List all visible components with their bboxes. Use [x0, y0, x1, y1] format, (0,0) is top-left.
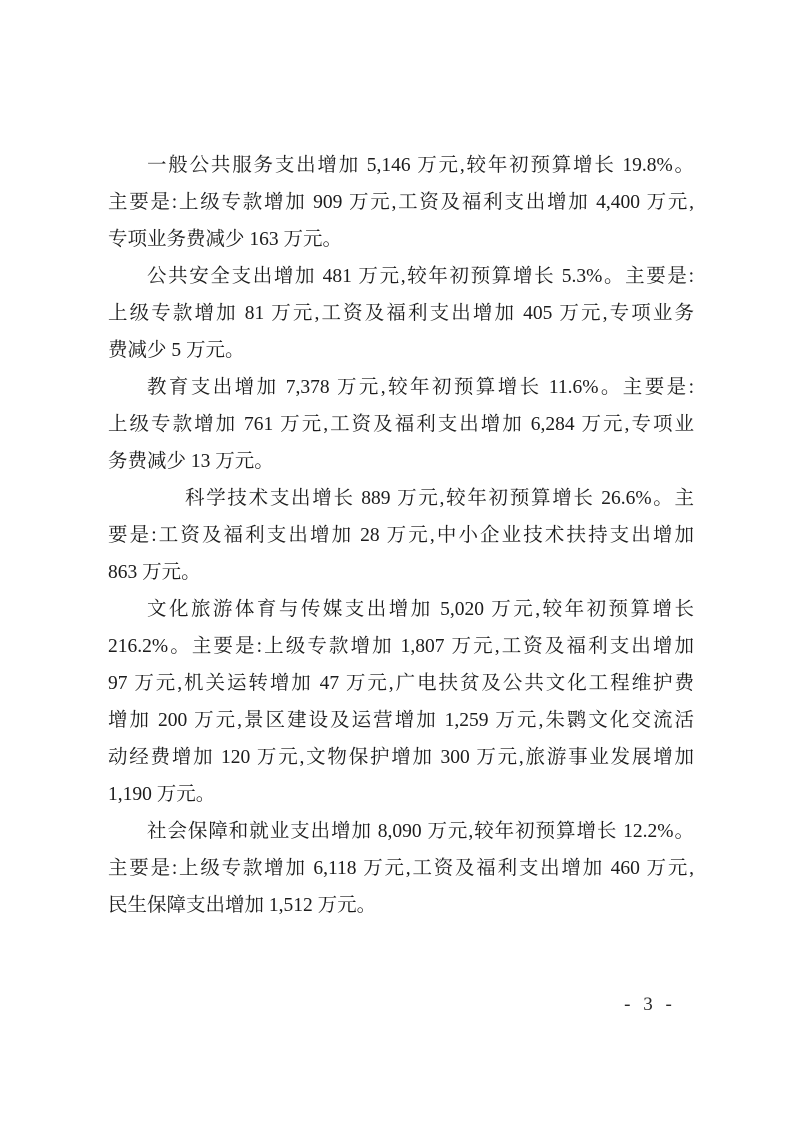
paragraph-culture-tourism-sports-media: 文化旅游体育与传媒支出增加 5,020 万元,较年初预算增长 216.2%。主要… [108, 591, 694, 813]
text-line: 增加 200 万元,景区建设及运营增加 1,259 万元,朱鹮文化交流活 [108, 702, 694, 739]
document-page: 一般公共服务支出增加 5,146 万元,较年初预算增长 19.8%。 主要是:上… [0, 0, 793, 1122]
text-line: 文化旅游体育与传媒支出增加 5,020 万元,较年初预算增长 [108, 591, 694, 628]
document-body: 一般公共服务支出增加 5,146 万元,较年初预算增长 19.8%。 主要是:上… [108, 147, 694, 924]
text-line: 社会保障和就业支出增加 8,090 万元,较年初预算增长 12.2%。 [108, 813, 694, 850]
text-line: 主要是:上级专款增加 6,118 万元,工资及福利支出增加 460 万元, [108, 850, 694, 887]
text-line: 216.2%。主要是:上级专款增加 1,807 万元,工资及福利支出增加 [108, 628, 694, 665]
page-number: - 3 - [600, 992, 700, 1018]
text-line: 主要是:上级专款增加 909 万元,工资及福利支出增加 4,400 万元, [108, 184, 694, 221]
text-line: 公共安全支出增加 481 万元,较年初预算增长 5.3%。主要是: [108, 258, 694, 295]
text-line: 97 万元,机关运转增加 47 万元,广电扶贫及公共文化工程维护费 [108, 665, 694, 702]
text-line: 863 万元。 [108, 554, 694, 591]
text-line: 1,190 万元。 [108, 776, 694, 813]
paragraph-science-technology: 科学技术支出增长 889 万元,较年初预算增长 26.6%。主 要是:工资及福利… [108, 480, 694, 591]
paragraph-social-security-employment: 社会保障和就业支出增加 8,090 万元,较年初预算增长 12.2%。 主要是:… [108, 813, 694, 924]
text-line: 费减少 5 万元。 [108, 332, 694, 369]
paragraph-education: 教育支出增加 7,378 万元,较年初预算增长 11.6%。主要是: 上级专款增… [108, 369, 694, 480]
text-line: 务费减少 13 万元。 [108, 443, 694, 480]
text-line: 要是:工资及福利支出增加 28 万元,中小企业技术扶持支出增加 [108, 517, 694, 554]
text-line: 动经费增加 120 万元,文物保护增加 300 万元,旅游事业发展增加 [108, 739, 694, 776]
paragraph-public-safety: 公共安全支出增加 481 万元,较年初预算增长 5.3%。主要是: 上级专款增加… [108, 258, 694, 369]
text-line: 教育支出增加 7,378 万元,较年初预算增长 11.6%。主要是: [108, 369, 694, 406]
text-line: 科学技术支出增长 889 万元,较年初预算增长 26.6%。主 [108, 480, 694, 517]
text-line: 上级专款增加 761 万元,工资及福利支出增加 6,284 万元,专项业 [108, 406, 694, 443]
text-line: 民生保障支出增加 1,512 万元。 [108, 887, 694, 924]
text-line: 一般公共服务支出增加 5,146 万元,较年初预算增长 19.8%。 [108, 147, 694, 184]
text-line: 专项业务费减少 163 万元。 [108, 221, 694, 258]
text-line: 上级专款增加 81 万元,工资及福利支出增加 405 万元,专项业务 [108, 295, 694, 332]
paragraph-general-public-services: 一般公共服务支出增加 5,146 万元,较年初预算增长 19.8%。 主要是:上… [108, 147, 694, 258]
